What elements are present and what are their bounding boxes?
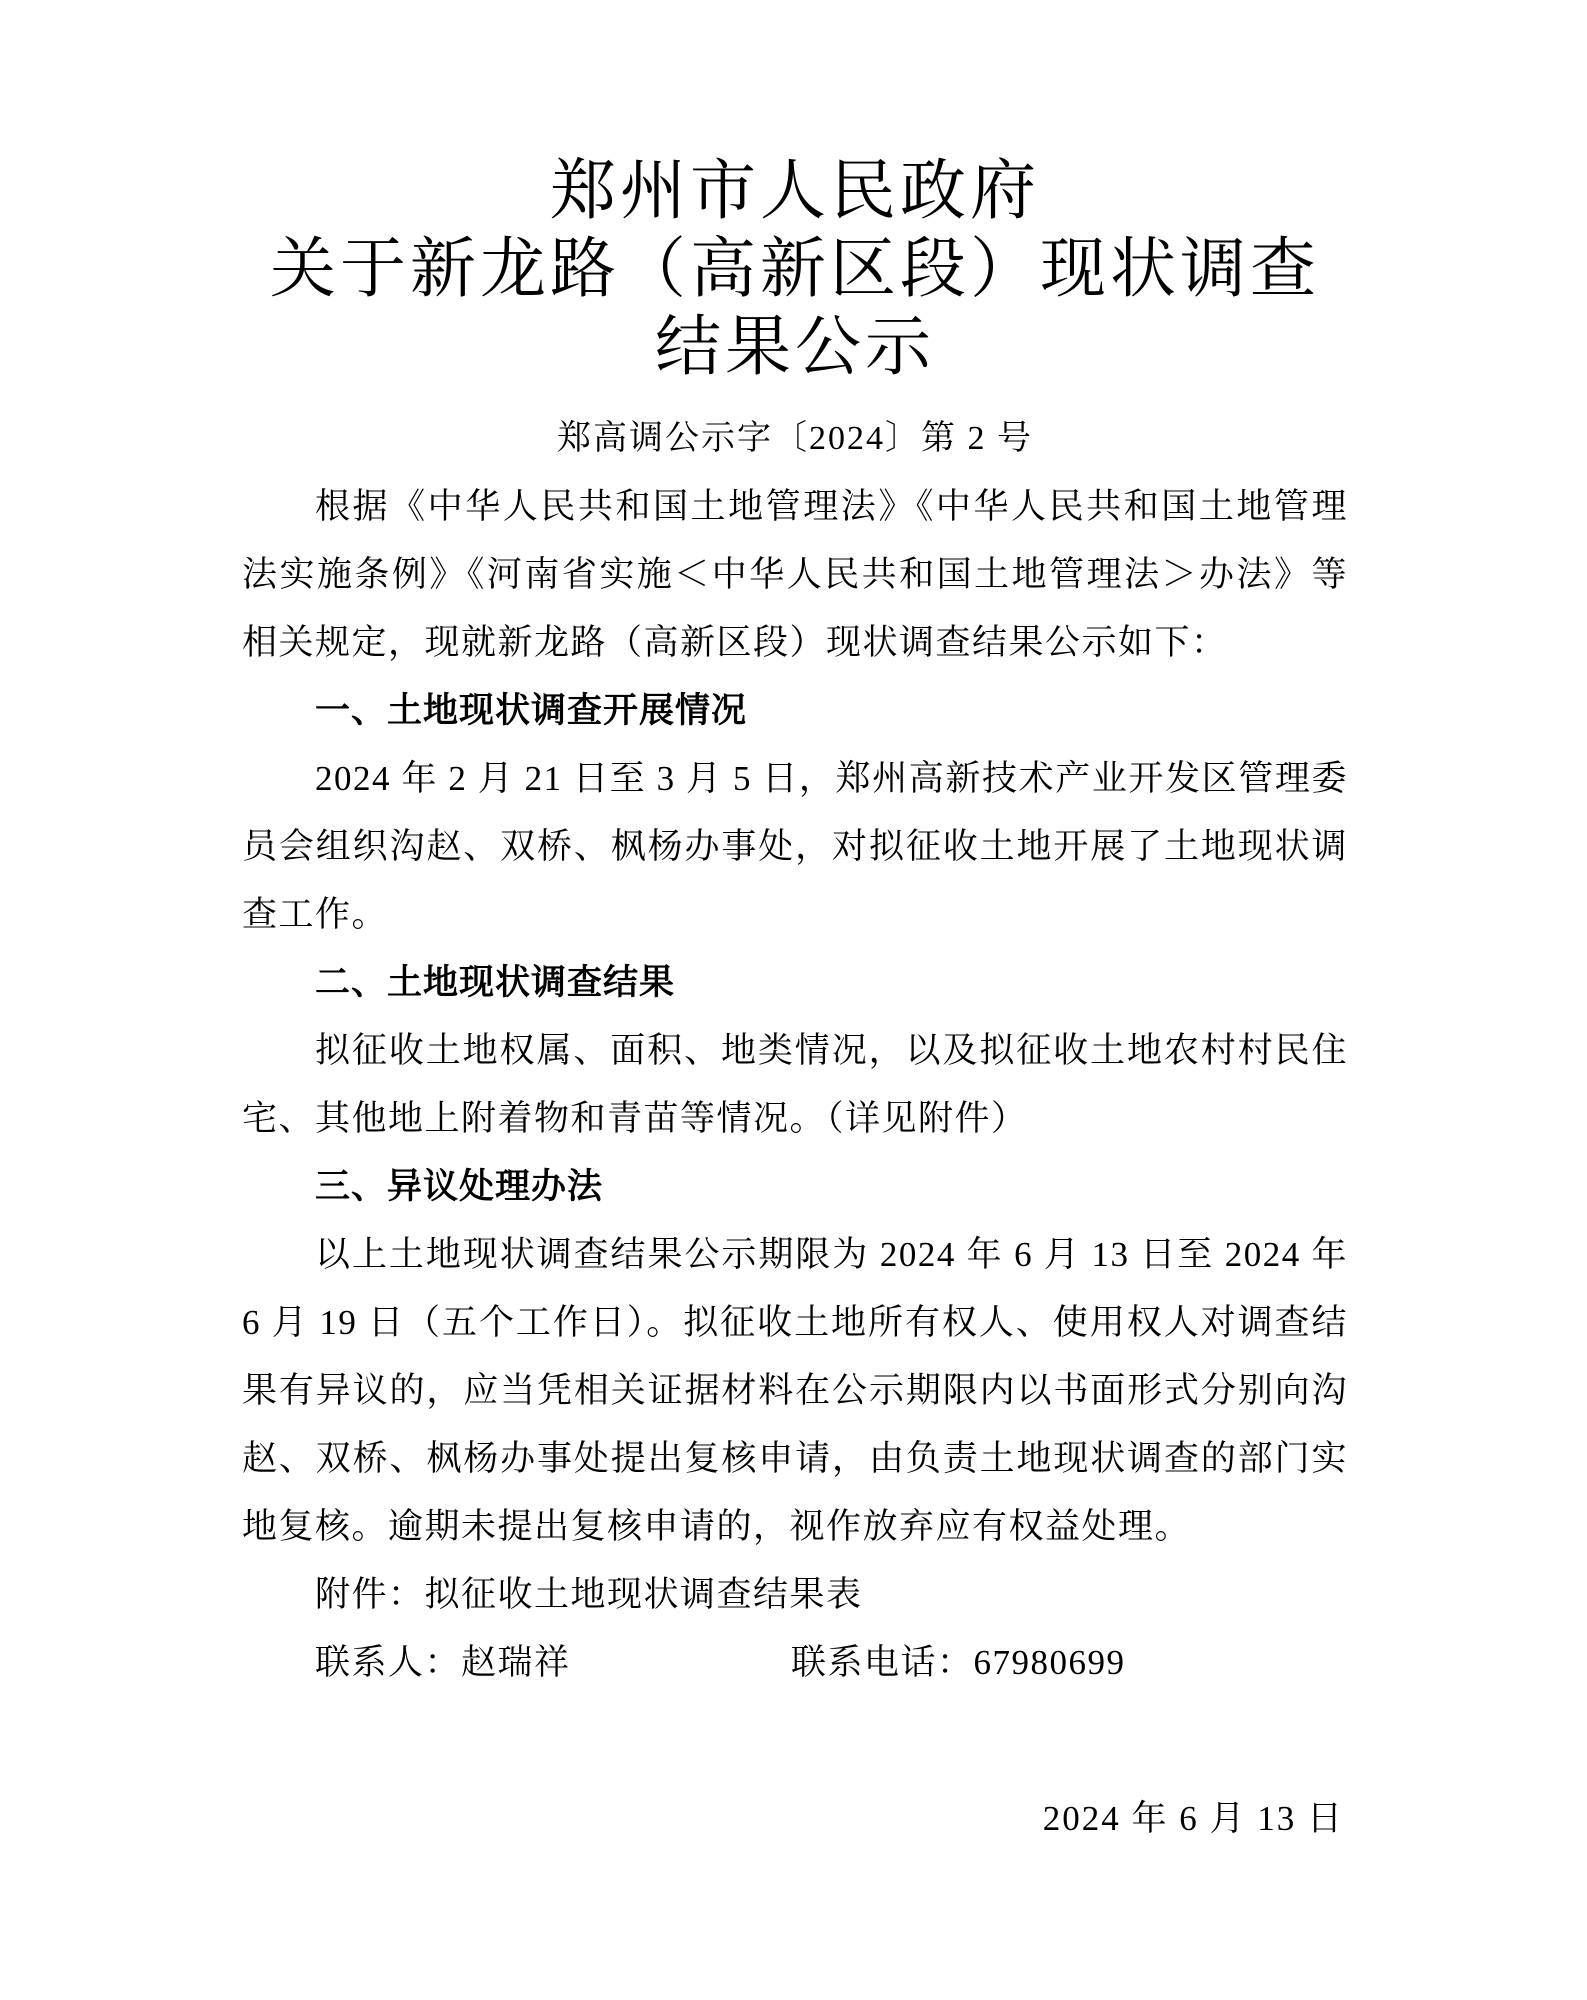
title-line-3: 结果公示 <box>242 309 1348 387</box>
document-page: 郑州市人民政府 关于新龙路（高新区段）现状调查 结果公示 郑高调公示字〔2024… <box>0 0 1587 2000</box>
title-line-2: 关于新龙路（高新区段）现状调查 <box>242 231 1348 309</box>
section-heading-2: 二、土地现状调查结果 <box>242 949 1348 1017</box>
attachment-line: 附件：拟征收土地现状调查结果表 <box>242 1561 1348 1629</box>
title-line-1: 郑州市人民政府 <box>242 153 1348 231</box>
paragraph-basis: 根据《中华人民共和国土地管理法》《中华人民共和国土地管理法实施条例》《河南省实施… <box>242 473 1348 677</box>
document-title: 郑州市人民政府 关于新龙路（高新区段）现状调查 结果公示 <box>242 153 1348 387</box>
document-content: 郑州市人民政府 关于新龙路（高新区段）现状调查 结果公示 郑高调公示字〔2024… <box>242 0 1348 1853</box>
contact-phone: 联系电话：67980699 <box>791 1629 1126 1697</box>
document-number: 郑高调公示字〔2024〕第 2 号 <box>242 405 1348 473</box>
document-body: 根据《中华人民共和国土地管理法》《中华人民共和国土地管理法实施条例》《河南省实施… <box>242 473 1348 1697</box>
paragraph-survey-result: 拟征收土地权属、面积、地类情况，以及拟征收土地农村村民住宅、其他地上附着物和青苗… <box>242 1017 1348 1153</box>
issue-date: 2024 年 6 月 13 日 <box>242 1785 1348 1853</box>
contact-person: 联系人：赵瑞祥 <box>315 1643 571 1682</box>
section-heading-1: 一、土地现状调查开展情况 <box>242 677 1348 745</box>
contact-line: 联系人：赵瑞祥 联系电话：67980699 <box>242 1629 1348 1697</box>
paragraph-survey-process: 2024 年 2 月 21 日至 3 月 5 日，郑州高新技术产业开发区管理委员… <box>242 745 1348 949</box>
paragraph-objection-procedure: 以上土地现状调查结果公示期限为 2024 年 6 月 13 日至 2024 年 … <box>242 1221 1348 1561</box>
section-heading-3: 三、异议处理办法 <box>242 1153 1348 1221</box>
